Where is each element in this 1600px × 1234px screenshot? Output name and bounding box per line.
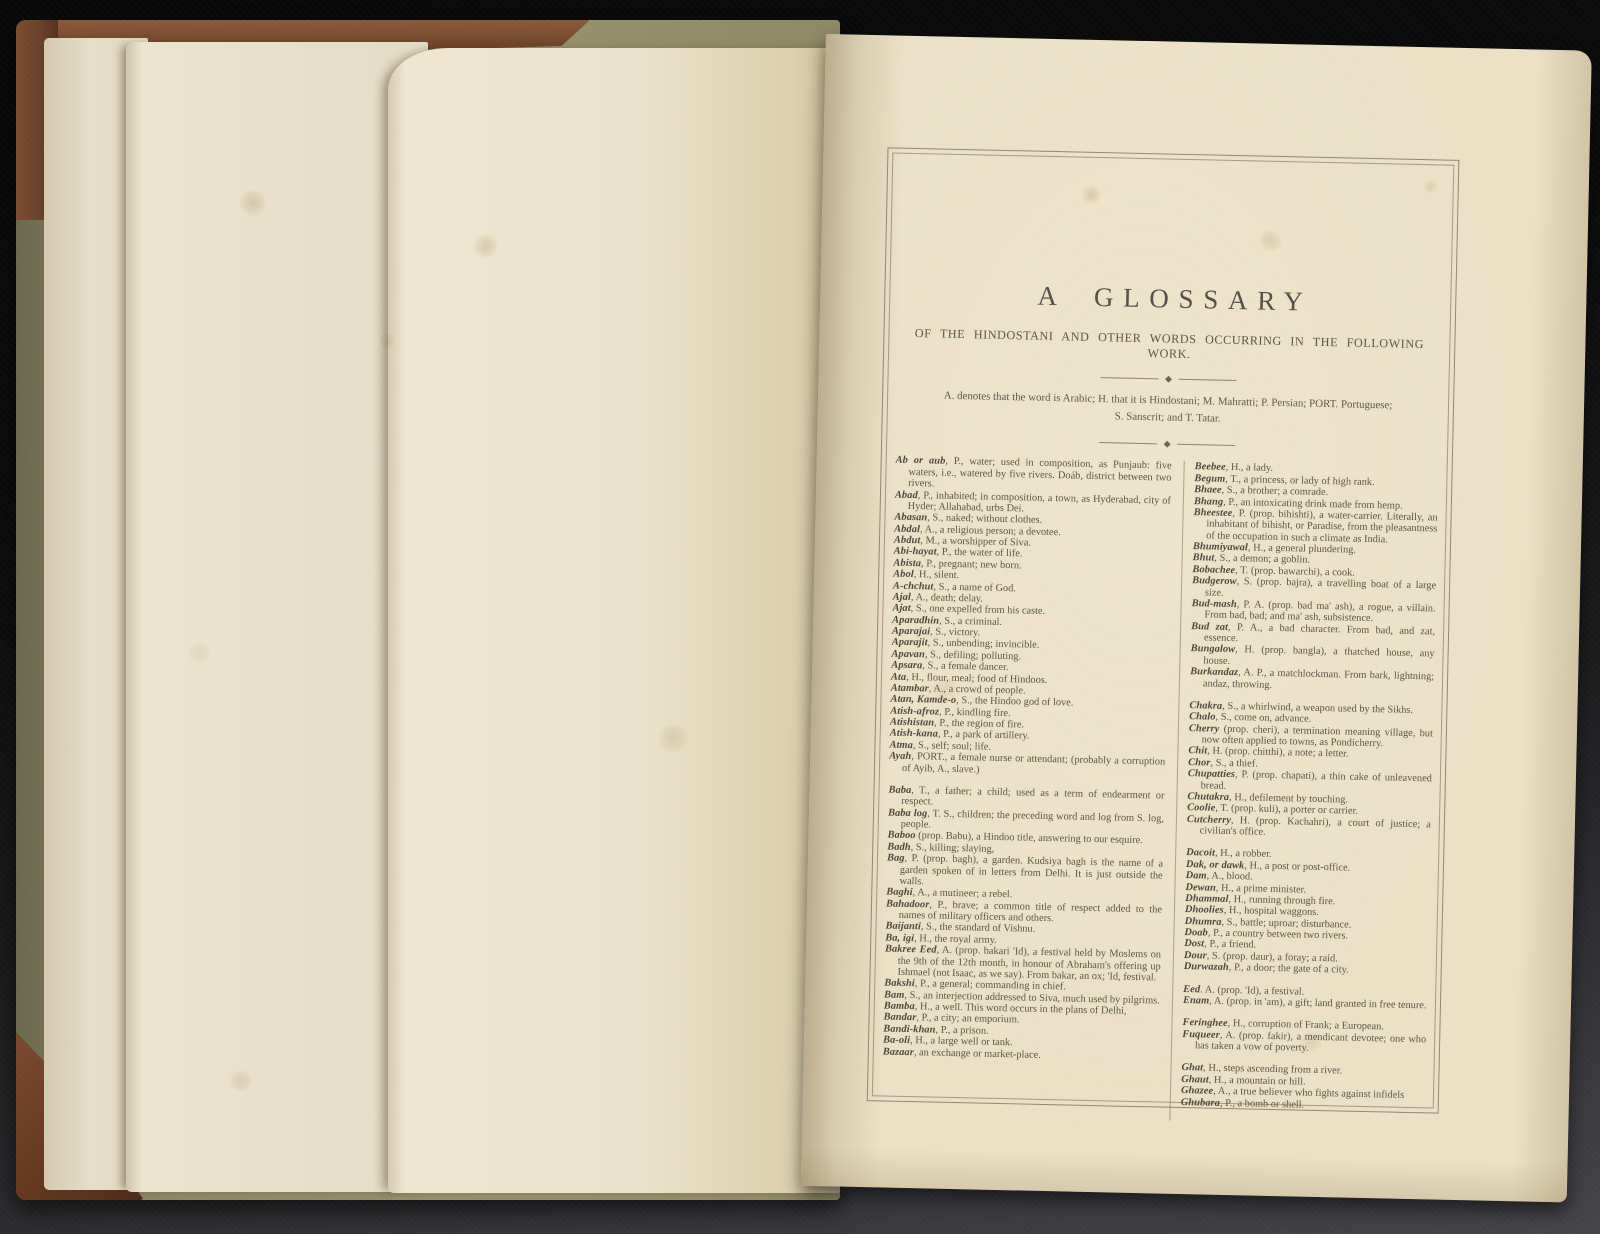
entry-term: Dost xyxy=(1184,938,1204,949)
glossary-title: A GLOSSARY xyxy=(890,277,1451,320)
glossary-content: A GLOSSARY OF THE HINDOSTANI AND OTHER W… xyxy=(873,153,1453,1107)
entry-term: Ghaut xyxy=(1181,1074,1209,1086)
entry-term: Ata xyxy=(891,671,907,682)
entry-term: Begum xyxy=(1194,473,1225,485)
entry-term: Dhumra xyxy=(1185,916,1222,928)
entry-term: Ghat xyxy=(1181,1062,1203,1073)
entry-term: Budgerow xyxy=(1192,575,1237,587)
entry-term: Abdut xyxy=(894,535,921,547)
entry-term: Baboo xyxy=(887,830,915,842)
entry-term: Abasan xyxy=(894,512,927,524)
entry-term: Dhammal xyxy=(1185,893,1228,905)
abbreviation-note: A. denotes that the word is Arabic; H. t… xyxy=(888,386,1449,433)
entry-term: Ba-oli xyxy=(883,1035,910,1047)
glossary-column-right: Beebee, H., a lady.Begum, T., a princess… xyxy=(1170,461,1438,1126)
entry-term: Bakshi xyxy=(884,978,915,990)
entry-term: Coolie xyxy=(1187,802,1215,814)
divider-ornament-top: ◆ xyxy=(889,368,1449,389)
glossary-subtitle: OF THE HINDOSTANI AND OTHER WORDS OCCURR… xyxy=(889,325,1450,367)
entry-term: Atma xyxy=(889,739,913,751)
entry-term: Abad xyxy=(895,489,918,500)
entry-term: Burkandaz xyxy=(1190,666,1238,678)
rule-line xyxy=(1178,444,1236,446)
divider-ornament-bottom: ◆ xyxy=(887,434,1447,455)
glossary-entry: Fuqueer, A. (prop. fakir), a mendicant d… xyxy=(1182,1029,1426,1057)
page-border-frame: A GLOSSARY OF THE HINDOSTANI AND OTHER W… xyxy=(867,147,1460,1113)
rule-line xyxy=(1099,442,1157,444)
entry-term: Baba xyxy=(888,784,911,795)
entry-term: Bam xyxy=(884,989,905,1000)
entry-term: Abdal xyxy=(894,523,920,535)
entry-term: Abista xyxy=(893,557,921,569)
entry-term: Bhumiyawal xyxy=(1193,541,1248,553)
entry-term: Dour xyxy=(1184,950,1207,961)
diamond-icon: ◆ xyxy=(1165,374,1172,383)
entry-term: Bud-mash xyxy=(1192,598,1237,610)
glossary-entry: Burkandaz, A. P., a matchlockman. From b… xyxy=(1190,666,1434,694)
entry-term: Baijanti xyxy=(885,921,921,933)
entry-term: Bobachee xyxy=(1192,564,1235,576)
entry-term: Apavan xyxy=(891,648,925,660)
entry-term: Bhut xyxy=(1193,553,1215,564)
entry-term: Ayah xyxy=(889,751,911,762)
entry-term: Aparadhin xyxy=(892,614,939,626)
entry-term: Dam xyxy=(1186,870,1207,881)
entry-term: Beebee xyxy=(1195,462,1226,474)
entry-term: Fuqueer xyxy=(1182,1029,1220,1041)
entry-term: Atambar xyxy=(891,683,929,695)
foxing-spot xyxy=(186,642,212,664)
entry-term: Ghazee xyxy=(1181,1085,1213,1097)
entry-term: Aparajai xyxy=(892,626,930,638)
entry-term: Feringhee xyxy=(1182,1017,1227,1029)
entry-term: Ajal xyxy=(893,592,911,603)
rule-line xyxy=(1100,377,1158,379)
entry-term: Dhoolies xyxy=(1185,904,1224,916)
glossary-entry: Ayah, PORT., a female nurse or attendant… xyxy=(889,751,1165,780)
entry-term: Apsara xyxy=(891,660,922,672)
entry-term: Dacoit xyxy=(1186,847,1215,859)
photo-background: A GLOSSARY OF THE HINDOSTANI AND OTHER W… xyxy=(0,0,1600,1234)
entry-term: Durwazah xyxy=(1184,961,1229,973)
entry-term: Cherry xyxy=(1189,723,1220,735)
entry-term: Bandar xyxy=(883,1012,916,1024)
entry-term: Ba, igi xyxy=(885,932,914,944)
entry-term: Ab or aub xyxy=(896,455,946,467)
entry-term: Baghi xyxy=(886,887,913,899)
entry-term: Ajat xyxy=(892,603,910,614)
entry-term: Dewan xyxy=(1185,882,1216,894)
entry-term: Bandi-khan xyxy=(883,1023,935,1035)
glossary-entry: Bheestee, P. (prop. bihishti), a water-c… xyxy=(1193,507,1438,546)
entry-term: Chit xyxy=(1188,746,1207,757)
entry-term: Badh xyxy=(887,841,911,853)
left-blank-page xyxy=(388,48,840,1193)
glossary-entry: Cutcherry, H. (prop. Kachahri), a court … xyxy=(1187,814,1431,842)
entry-term: Bazaar xyxy=(883,1046,914,1058)
entry-term: Chupatties xyxy=(1188,768,1235,780)
entry-term: Chor xyxy=(1188,757,1211,768)
glossary-columns: Ab or aub, P., water; used in compositio… xyxy=(872,455,1446,1127)
entry-term: Atan, Kamde-o xyxy=(890,694,956,706)
entry-term: Bheestee xyxy=(1194,507,1233,519)
under-page xyxy=(126,42,428,1192)
foxing-spot xyxy=(472,234,500,258)
entry-term: Bud zat xyxy=(1191,621,1228,633)
entry-term: Chutakra xyxy=(1187,791,1229,803)
diamond-icon: ◆ xyxy=(1164,440,1171,449)
entry-term: Atish-kana xyxy=(890,728,938,740)
entry-term: Dak, or dawk xyxy=(1186,859,1245,871)
entry-term: Baba log xyxy=(888,807,928,819)
entry-term: Bakree Eed xyxy=(885,944,937,956)
entry-term: Doab xyxy=(1184,927,1208,939)
entry-term: Abi-hayat xyxy=(894,546,937,558)
entry-term: Bhaee xyxy=(1194,484,1222,496)
entry-term: Bhang xyxy=(1194,496,1224,508)
entry-term: Bag xyxy=(887,853,905,864)
entry-term: Eed xyxy=(1183,984,1200,995)
rule-line xyxy=(1179,379,1237,381)
glossary-column-left: Ab or aub, P., water; used in compositio… xyxy=(881,455,1183,1121)
entry-term: Bungalow xyxy=(1191,644,1236,656)
entry-term: Chalo xyxy=(1189,711,1216,723)
foxing-spot xyxy=(656,724,690,752)
entry-term: Atish-afroz xyxy=(890,705,939,717)
entry-term: Chakra xyxy=(1189,700,1222,712)
glossary-page: A GLOSSARY OF THE HINDOSTANI AND OTHER W… xyxy=(801,34,1592,1202)
entry-term: Cutcherry xyxy=(1187,814,1231,826)
entry-term: A-chchut xyxy=(893,580,934,592)
entry-term: Aparajit xyxy=(892,637,928,649)
entry-term: Bamba xyxy=(884,1001,915,1013)
entry-term: Enam xyxy=(1183,995,1210,1007)
entry-term: Ghubara xyxy=(1181,1097,1220,1109)
entry-term: Bahadoor xyxy=(886,898,930,910)
entry-term: Atishistan xyxy=(890,717,934,729)
entry-term: Abol xyxy=(893,569,914,580)
